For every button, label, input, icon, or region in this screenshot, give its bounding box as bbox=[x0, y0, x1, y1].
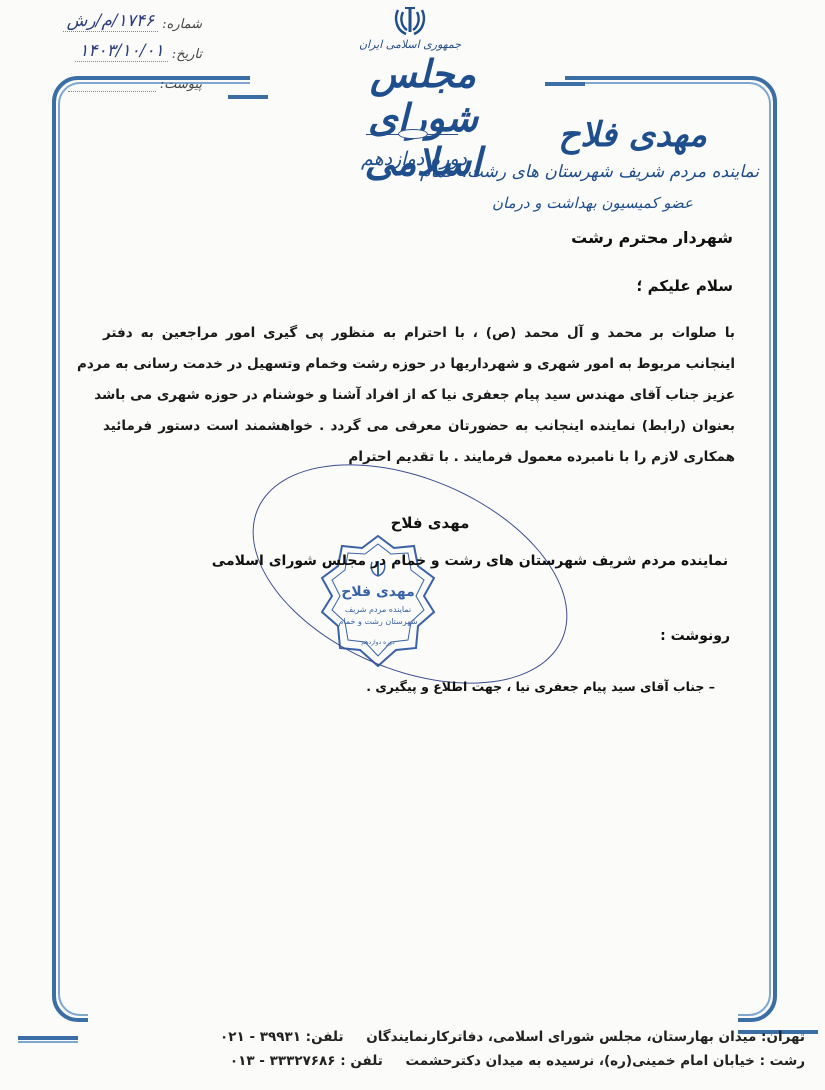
footer-tehran: تهران: میدان بهارستان، مجلس شورای اسلامی… bbox=[220, 1029, 805, 1045]
letter-date-row: تاریخ: ۱۴۰۳/۱۰/۰۱ bbox=[62, 32, 202, 62]
cc-label: رونوشت : bbox=[660, 628, 730, 644]
letter-attachment-label: پیوست: bbox=[160, 77, 202, 92]
ornament-icon bbox=[398, 129, 428, 139]
letter-meta: شماره: ۱۷۴۶/م/رش تاریخ: ۱۴۰۳/۱۰/۰۱ پیوست… bbox=[62, 2, 202, 92]
footer-rule-left bbox=[18, 1036, 78, 1040]
signature-title: نماینده مردم شریف شهرستان های رشت و خمام… bbox=[200, 553, 740, 569]
sender-committee: عضو کمیسیون بهداشت و درمان bbox=[492, 194, 693, 212]
body-line: اینجانب مربوط به امور شهری و شهرداریها د… bbox=[103, 349, 735, 380]
tehran-phone: تلفن: ۳۹۹۳۱ - ۰۲۱ bbox=[220, 1029, 344, 1045]
letter-date-value: ۱۴۰۳/۱۰/۰۱ bbox=[75, 41, 168, 62]
tehran-address: تهران: میدان بهارستان، مجلس شورای اسلامی… bbox=[366, 1029, 805, 1045]
recipient: شهردار محترم رشت bbox=[571, 228, 733, 247]
body-line: با صلوات بر محمد و آل محمد (ص) ، با احتر… bbox=[103, 318, 735, 349]
letter-attachment-value bbox=[68, 91, 156, 92]
frame-divider bbox=[228, 95, 268, 99]
body-line: بعنوان (رابط) نماینده اینجانب به حضورتان… bbox=[103, 411, 735, 442]
frame-divider bbox=[545, 82, 585, 86]
logo-subtitle: جمهوری اسلامی ایران bbox=[350, 38, 470, 51]
letter-attachment-row: پیوست: bbox=[62, 62, 202, 92]
footer-rule-left-thin bbox=[18, 1041, 78, 1043]
body-line: همکاری لازم را با نامبرده معمول فرمایند … bbox=[103, 442, 735, 473]
letter-number-label: شماره: bbox=[162, 17, 202, 32]
letter-date-label: تاریخ: bbox=[172, 47, 202, 62]
body-line: عزیز جناب آقای مهندس سید پیام جعفری نیا … bbox=[103, 380, 735, 411]
signature-name: مهدی فلاح bbox=[330, 514, 530, 532]
sender-name: مهدی فلاح bbox=[558, 115, 707, 155]
letter-number-row: شماره: ۱۷۴۶/م/رش bbox=[62, 2, 202, 32]
sender-role: نماینده مردم شریف شهرستان های رشت، خمام bbox=[420, 162, 759, 182]
greeting: سلام علیکم ؛ bbox=[636, 277, 733, 295]
letter-number-value: ۱۷۴۶/م/رش bbox=[63, 11, 158, 32]
rasht-phone: تلفن : ۳۳۳۲۷۶۸۶ - ۰۱۳ bbox=[230, 1053, 383, 1069]
cc-item: – جناب آقای سید پیام جعفری نیا ، جهت اطل… bbox=[366, 679, 715, 694]
footer-rasht: رشت : خیابان امام خمینی(ره)، نرسیده به م… bbox=[230, 1053, 805, 1069]
rasht-address: رشت : خیابان امام خمینی(ره)، نرسیده به م… bbox=[405, 1053, 805, 1069]
iran-emblem-icon bbox=[392, 4, 428, 38]
letter-body: با صلوات بر محمد و آل محمد (ص) ، با احتر… bbox=[103, 318, 735, 473]
